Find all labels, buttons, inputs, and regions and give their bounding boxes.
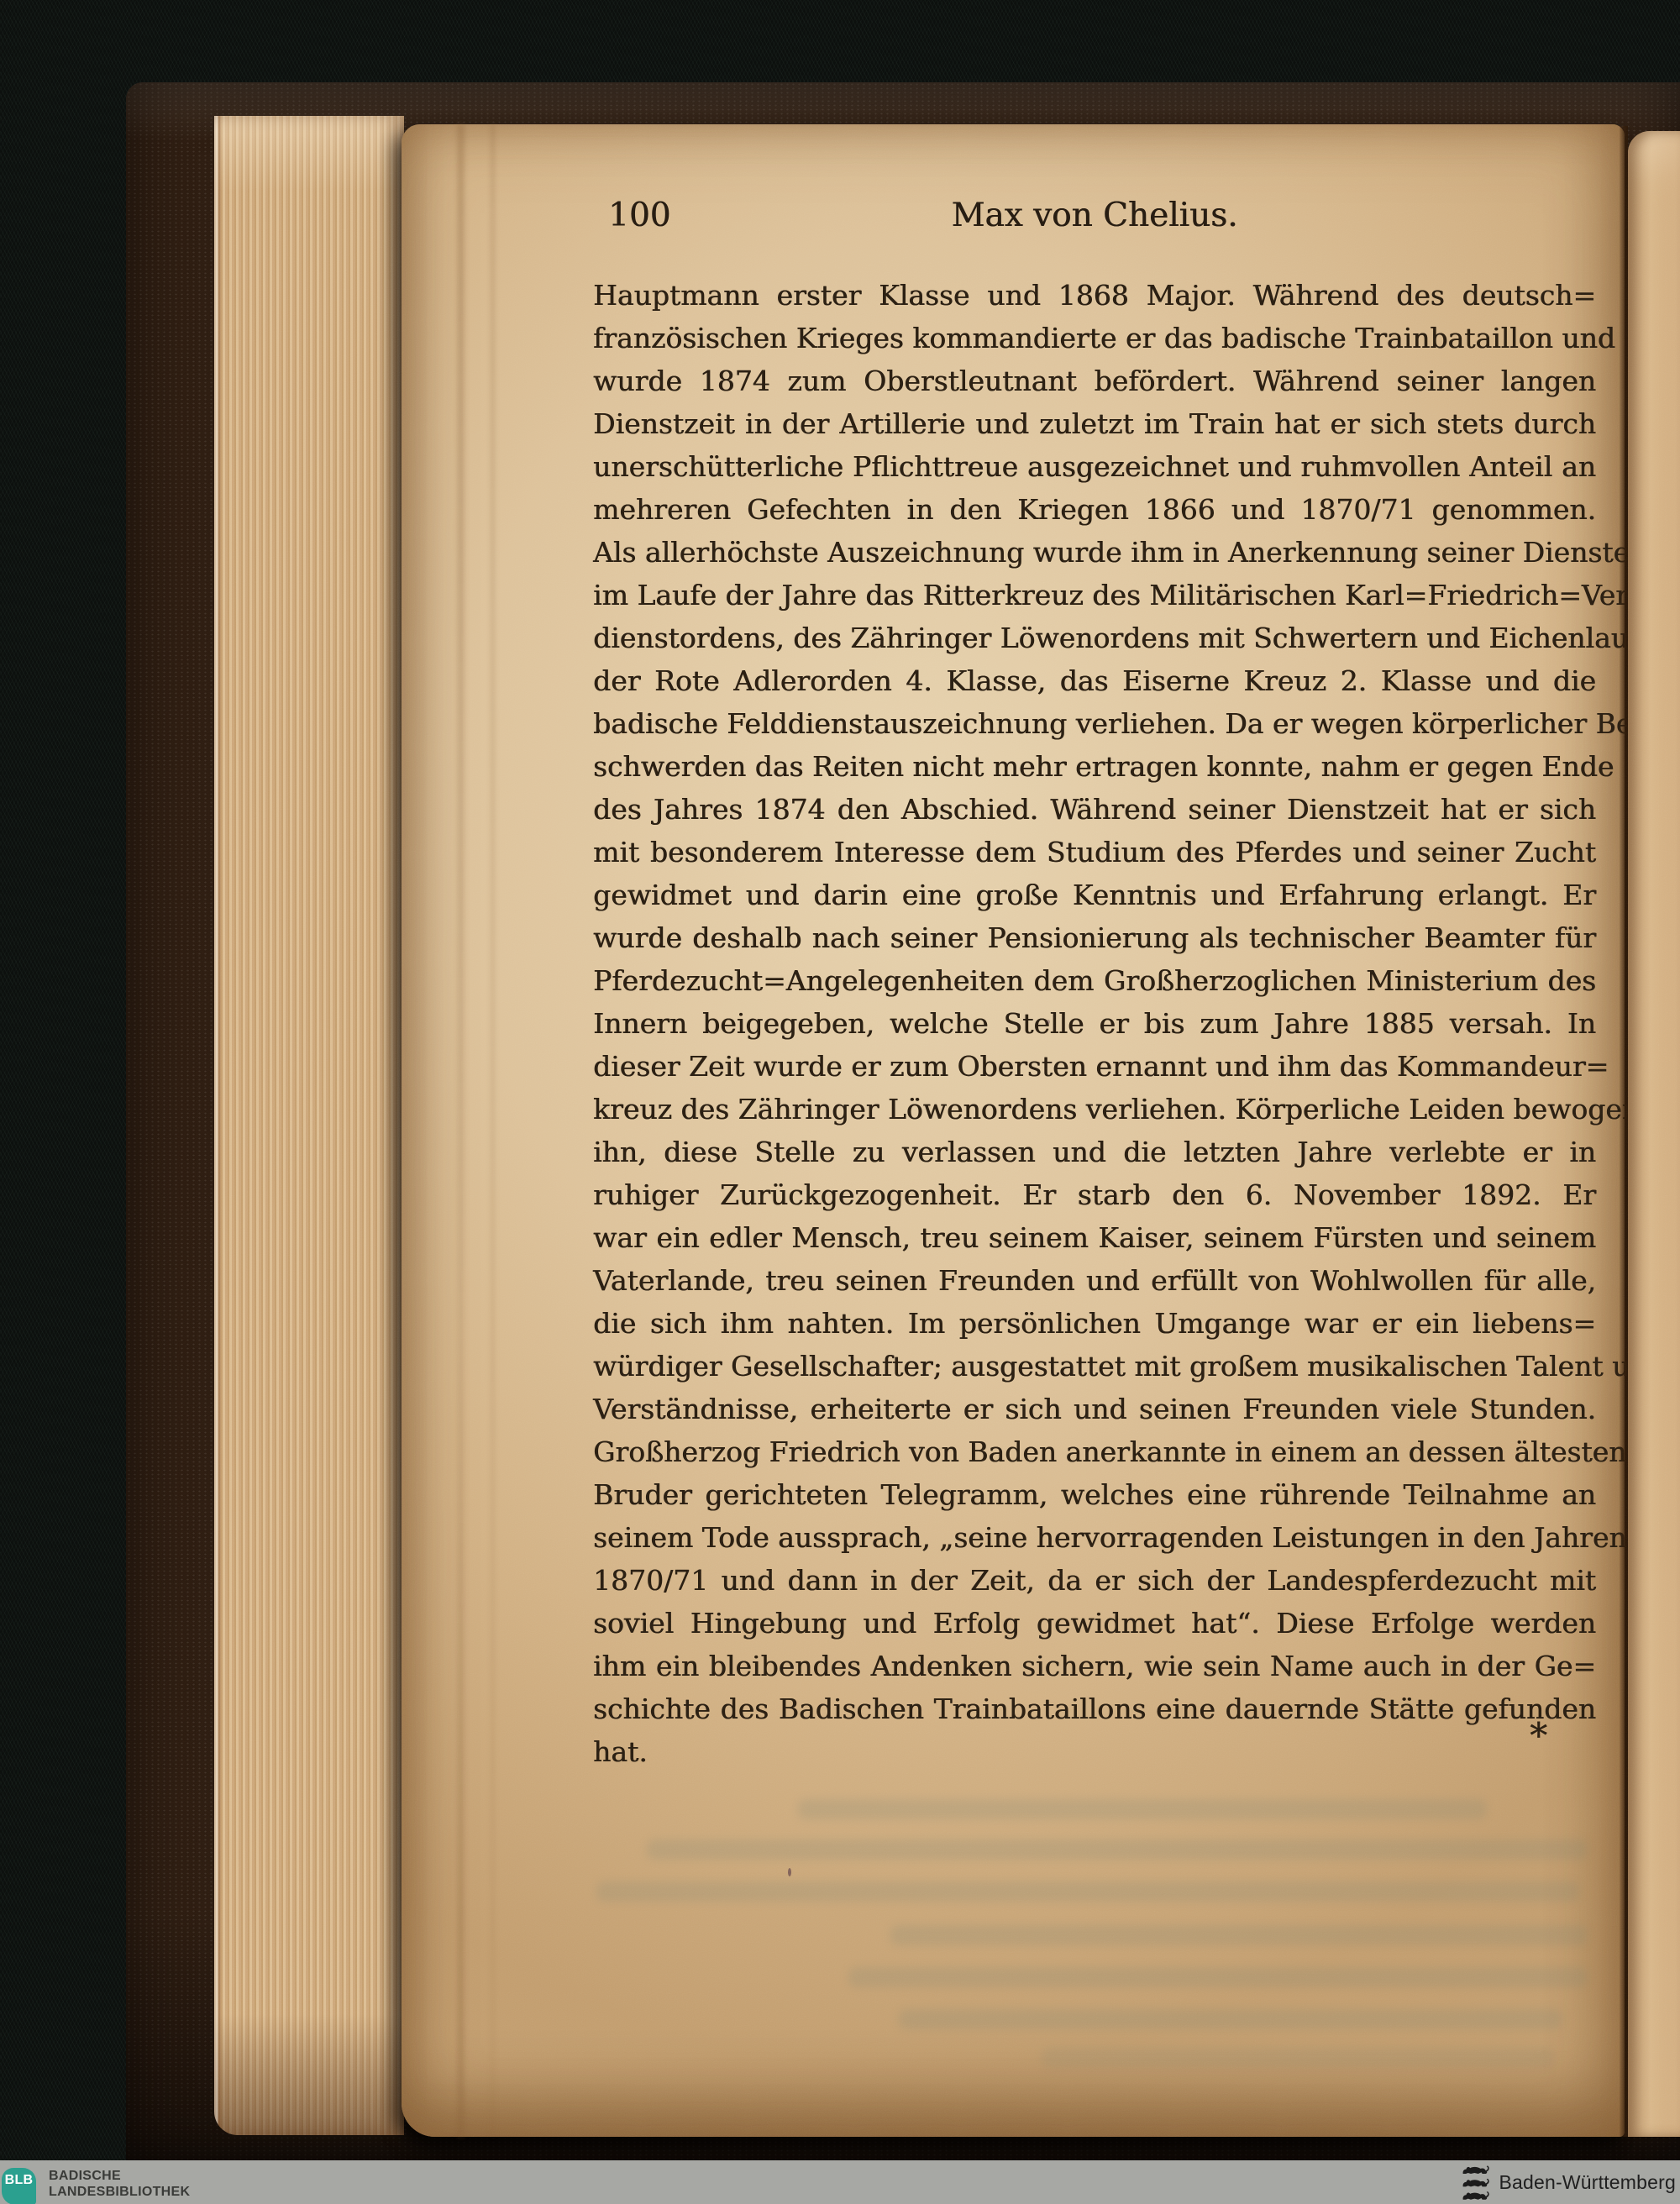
paper-speck — [1047, 1020, 1050, 1024]
text-line: schichte des Badischen Trainbataillons e… — [593, 1687, 1596, 1730]
page-edge-stack — [214, 116, 404, 2135]
text-line: ihn, diese Stelle zu verlassen und die l… — [593, 1131, 1596, 1173]
text-line: schwerden das Reiten nicht mehr ertragen… — [593, 745, 1596, 788]
text-line: Dienstzeit in der Artillerie und zuletzt… — [593, 402, 1596, 445]
page-crease — [457, 124, 465, 2137]
footnote-asterisk: * — [1530, 1715, 1547, 1756]
text-line: seinem Tode aussprach, „seine hervorrage… — [593, 1516, 1596, 1559]
text-line: unerschütterliche Pflichttreue ausgezeic… — [593, 445, 1596, 488]
library-name: BADISCHE LANDESBIBLIOTHEK — [49, 2168, 190, 2200]
paper-speck — [788, 1868, 791, 1876]
text-line: Als allerhöchste Auszeichnung wurde ihm … — [593, 531, 1596, 574]
text-line: würdiger Gesellschafter; ausgestattet mi… — [593, 1345, 1596, 1388]
text-line: kreuz des Zähringer Löwenordens verliehe… — [593, 1088, 1596, 1131]
text-line: 1870/71 und dann in der Zeit, da er sich… — [593, 1559, 1596, 1602]
text-line: im Laufe der Jahre das Ritterkreuz des M… — [593, 574, 1596, 617]
text-line: mehreren Gefechten in den Kriegen 1866 u… — [593, 488, 1596, 531]
state-name: Baden-Württemberg — [1499, 2171, 1677, 2194]
text-line: Vaterlande, treu seinen Freunden und erf… — [593, 1259, 1596, 1302]
text-line: wurde deshalb nach seiner Pensionierung … — [593, 916, 1596, 959]
running-title: Max von Chelius. — [593, 197, 1596, 234]
text-line: gewidmet und darin eine große Kenntnis u… — [593, 874, 1596, 916]
text-line: Bruder gerichteten Telegramm, welches ei… — [593, 1473, 1596, 1516]
text-line: Pferdezucht=Angelegenheiten dem Großherz… — [593, 959, 1596, 1002]
text-line: Verständnisse, erheiterte er sich und se… — [593, 1388, 1596, 1430]
text-line: wurde 1874 zum Oberstleutnant befördert.… — [593, 359, 1596, 402]
text-line: war ein edler Mensch, treu seinem Kaiser… — [593, 1216, 1596, 1259]
baden-wuerttemberg-lions-icon — [1461, 2164, 1491, 2202]
text-line: der Rote Adlerorden 4. Klasse, das Eiser… — [593, 659, 1596, 702]
text-line: badische Felddienstauszeichnung verliehe… — [593, 702, 1596, 745]
text-line: französischen Krieges kommandierte er da… — [593, 317, 1596, 359]
text-line: Großherzog Friedrich von Baden anerkannt… — [593, 1430, 1596, 1473]
body-text: Hauptmann erster Klasse und 1868 Major. … — [593, 274, 1596, 1773]
adjacent-page-edge — [1628, 131, 1680, 2137]
text-line: ruhiger Zurückgezogenheit. Er starb den … — [593, 1173, 1596, 1216]
page-header: 100 Max von Chelius. — [593, 197, 1596, 244]
text-line: die sich ihm nahten. Im persönlichen Umg… — [593, 1302, 1596, 1345]
text-line: mit besonderem Interesse dem Studium des… — [593, 831, 1596, 874]
blb-logo-icon: BLB — [2, 2168, 36, 2204]
book-page: 100 Max von Chelius. Hauptmann erster Kl… — [402, 124, 1625, 2137]
library-logo: BLB BADISCHE LANDESBIBLIOTHEK — [2, 2160, 190, 2204]
library-name-line2: LANDESBIBLIOTHEK — [49, 2184, 190, 2200]
page-seam-shadow — [1620, 126, 1628, 2137]
text-line: Innern beigegeben, welche Stelle er bis … — [593, 1002, 1596, 1045]
text-line: ihm ein bleibendes Andenken sichern, wie… — [593, 1645, 1596, 1687]
text-line: dienstordens, des Zähringer Löwenordens … — [593, 617, 1596, 659]
text-line: Hauptmann erster Klasse und 1868 Major. … — [593, 274, 1596, 317]
text-line: hat. — [593, 1730, 1596, 1773]
text-line: soviel Hingebung und Erfolg gewidmet hat… — [593, 1602, 1596, 1645]
book-scan-viewer: 100 Max von Chelius. Hauptmann erster Kl… — [0, 0, 1680, 2204]
blb-badge-text: BLB — [5, 2168, 34, 2193]
page-crease — [491, 124, 495, 2137]
library-name-line1: BADISCHE — [49, 2168, 190, 2184]
viewer-footer-bar: BLB BADISCHE LANDESBIBLIOTHEK Baden-Würt… — [0, 2160, 1680, 2204]
text-line: des Jahres 1874 den Abschied. Während se… — [593, 788, 1596, 831]
text-line: dieser Zeit wurde er zum Obersten ernann… — [593, 1045, 1596, 1088]
state-logo: Baden-Württemberg — [1461, 2160, 1677, 2204]
